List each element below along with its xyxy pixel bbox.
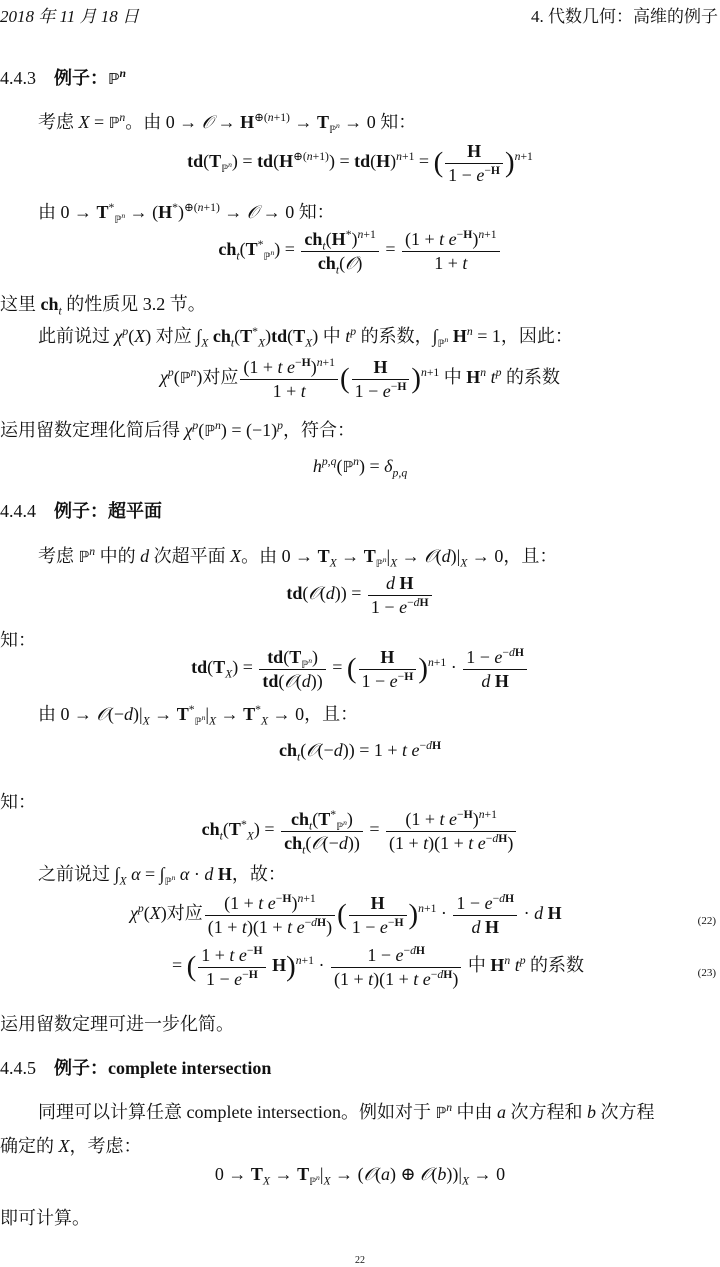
section-number: 4.4.3 [0,68,36,88]
header-chapter: 4. 代数几何：高维的例子 [531,2,718,27]
equation-hodge-pn: hp,q(ℙn) = δp,q [0,456,720,477]
section-number: 4.4.5 [0,1058,36,1078]
paragraph-line: 由 0 → T*ℙn → (H*)⊕(n+1) → 𝒪 → 0 知： [38,198,335,224]
equation-td-od: td(𝒪(d)) = d H1 − e−dH [0,572,720,618]
page-number: 22 [0,1255,720,1266]
paragraph-line: 考虑 ℙn 中的 d 次超平面 X。由 0 → TX → Tℙn|X → 𝒪(d… [38,542,557,568]
equation-complete-intersection: 0 → TX → Tℙn|X → (𝒪(a) ⊕ 𝒪(b))|X → 0 [0,1164,720,1185]
equation-td-tx: td(TX) = td(Tℙn)td(𝒪(d)) = (H1 − e−H)n+1… [0,646,720,692]
paragraph-line: 同理可以计算任意 complete intersection。例如对于 ℙn 中… [38,1098,655,1124]
section-heading-4-4-5: 4.4.5例子：complete intersection [0,1054,271,1080]
equation-chi-x-line1: χp(X)对应(1 + t e−H)n+1(1 + t)(1 + t e−dH)… [130,892,562,938]
paragraph-line: 此前说过 χp(X) 对应 ∫X cht(T*X)td(TX) 中 tp 的系数… [38,322,573,348]
paragraph-line: 确定的 X，考虑： [0,1132,142,1158]
paragraph-line: 这里 cht 的性质见 3.2 节。 [0,290,206,316]
equation-number: (22) [698,915,716,927]
section-heading-4-4-3: 4.4.3例子：ℙn [0,64,126,90]
equation-ch-tx: cht(T*X) = cht(T*ℙn)cht(𝒪(−d)) = (1 + t … [0,808,720,854]
equation-ch-o-minus-d: cht(𝒪(−d)) = 1 + t e−dH [0,740,720,761]
equation-chi-x-line2: = (1 + t e−H1 − e−H H)n+1 · 1 − e−dH(1 +… [172,944,584,990]
section-number: 4.4.4 [0,501,36,521]
section-title: 例子：超平面 [54,501,162,521]
section-title: 例子：ℙn [54,68,126,88]
paragraph-line: 由 0 → 𝒪(−d)|X → T*ℙn|X → T*X → 0，且： [38,700,358,726]
equation-chi-pn: χp(ℙn)对应(1 + t e−H)n+11 + t(H1 − e−H)n+1… [0,356,720,402]
equation-td-tpn: td(Tℙn) = td(H⊕(n+1)) = td(H)n+1 = (H1 −… [0,140,720,186]
paragraph-line: 运用留数定理化简后得 χp(ℙn) = (−1)p，符合： [0,416,355,442]
paragraph-line: 即可计算。 [0,1204,90,1230]
equation-ch-tpn: cht(T*ℙn) = cht(H*)n+1cht(𝒪) = (1 + t e−… [0,228,720,274]
section-heading-4-4-4: 4.4.4例子：超平面 [0,497,162,523]
paragraph-line: 之前说过 ∫X α = ∫ℙn α · d H，故： [38,860,286,886]
section-title: 例子：complete intersection [54,1058,271,1078]
paragraph-line: 运用留数定理可进一步化简。 [0,1010,234,1036]
header-date: 2018 年 11 月 18 日 [0,2,139,27]
equation-number: (23) [698,967,716,979]
paragraph-line: 考虑 X = ℙn。由 0 → 𝒪 → H⊕(n+1) → Tℙn → 0 知： [38,108,416,134]
